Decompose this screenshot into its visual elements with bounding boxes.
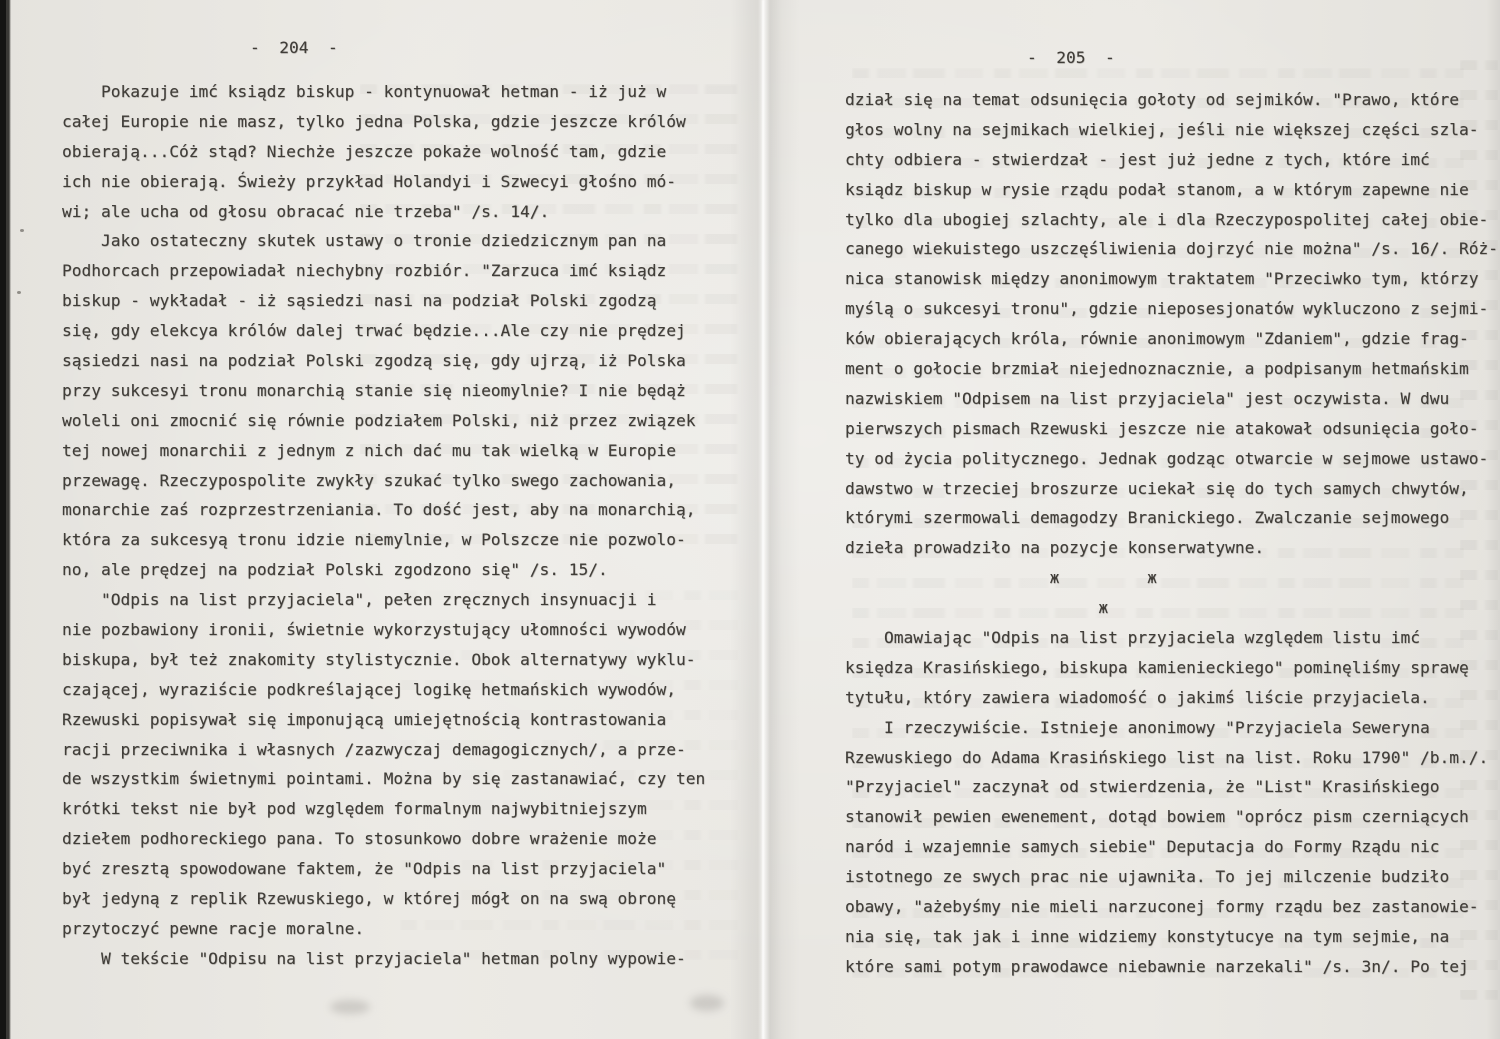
text-line: całej Europie nie masz, tylko jedna Pols…	[62, 107, 705, 137]
scanner-edge-shadow	[0, 0, 11, 1039]
text-line: racji przeciwnika i własnych /zazwyczaj …	[62, 735, 705, 765]
text-line: biskup - wykładał - iż sąsiedzi nasi na …	[62, 286, 705, 316]
text-line: się, gdy elekcya królów dalej trwać będz…	[62, 316, 705, 346]
right-page-text: dział się na temat odsunięcia gołoty od …	[845, 85, 1498, 982]
scan-speck	[17, 291, 21, 294]
page-number-204: - 204 -	[250, 38, 338, 58]
text-line: przewagę. Rzeczypospolite zwykły szukać …	[62, 466, 705, 496]
text-line: obierają...Cóż stąd? Niechże jeszcze pok…	[62, 137, 705, 167]
scan-smudge	[690, 995, 724, 1011]
fold-crease-line	[762, 0, 764, 1039]
text-line: chty odbiera - stwierdzał - jest już jed…	[845, 145, 1498, 175]
text-line: obawy, "ażebyśmy nie mieli narzuconej fo…	[845, 892, 1498, 922]
text-line: przy sukcesyi tronu monarchią stanie się…	[62, 376, 705, 406]
text-line: tylko dla ubogiej szlachty, ale i dla Rz…	[845, 205, 1498, 235]
text-line: biskupa, był też znakomity stylistycznie…	[62, 645, 705, 675]
book-spread: - 204 - Pokazuje imć ksiądz biskup - kon…	[0, 0, 1500, 1039]
text-line: krótki tekst nie był pod względem formal…	[62, 794, 705, 824]
text-line: księdza Krasińskiego, biskupa kamienieck…	[845, 653, 1498, 683]
text-line: tytułu, który zawiera wiadomość o jakimś…	[845, 683, 1498, 713]
right-edge-shadow	[1486, 0, 1500, 1039]
text-line: wi; ale ucha od głosu obracać nie trzeba…	[62, 197, 705, 227]
left-page-text: Pokazuje imć ksiądz biskup - kontynuował…	[62, 77, 705, 974]
text-line: myślą o sukcesyi tronu", gdzie nieposesj…	[845, 294, 1498, 324]
text-line: W tekście "Odpisu na list przyjaciela" h…	[62, 944, 705, 974]
text-line: Rzewuskiego do Adama Krasińskiego list n…	[845, 743, 1498, 773]
text-line: ж ж	[845, 563, 1498, 593]
text-line: Omawiając "Odpis na list przyjaciela wzg…	[845, 623, 1498, 653]
text-line: dzieła prowadziło na pozycje konserwatyw…	[845, 533, 1498, 563]
text-line: pierwszych pismach Rzewuski jeszcze nie …	[845, 414, 1498, 444]
text-line: woleli oni zmocnić się równie podziałem …	[62, 406, 705, 436]
text-line: de wszystkim świetnymi pointami. Można b…	[62, 764, 705, 794]
text-line: Podhorcach przepowiadał niechybny rozbió…	[62, 256, 705, 286]
text-line: Jako ostateczny skutek ustawy o tronie d…	[62, 226, 705, 256]
text-line: nica stanowisk między anonimowym traktat…	[845, 264, 1498, 294]
text-line: stanowił pewien ewenement, dotąd bowiem …	[845, 802, 1498, 832]
text-line: był jedyną z replik Rzewuskiego, w które…	[62, 884, 705, 914]
text-line: być zresztą spowodowane faktem, że "Odpi…	[62, 854, 705, 884]
text-line: dawstwo w trzeciej broszurze uciekał się…	[845, 474, 1498, 504]
text-line: ment o gołocie brzmiał niejednoznacznie,…	[845, 354, 1498, 384]
text-line: ж	[845, 593, 1498, 623]
page-number-205: - 205 -	[1027, 48, 1115, 68]
center-fold-gutter	[730, 0, 800, 1039]
text-line: która za sukcesyą tronu idzie niemylnie,…	[62, 525, 705, 555]
text-line: no, ale prędzej na podział Polski zgodzo…	[62, 555, 705, 585]
text-line: czającej, wyraziście podkreślającej logi…	[62, 675, 705, 705]
scan-speck	[20, 229, 24, 232]
text-line: głos wolny na sejmikach wielkiej, jeśli …	[845, 115, 1498, 145]
text-line: dziełem podhoreckiego pana. To stosunkow…	[62, 824, 705, 854]
text-line: istotnego ze swych prac nie ujawniła. To…	[845, 862, 1498, 892]
text-line: sąsiedzi nasi na podział Polski zgodzą s…	[62, 346, 705, 376]
text-line: ty od życia politycznego. Jednak godząc …	[845, 444, 1498, 474]
text-line: nie pozbawiony ironii, świetnie wykorzys…	[62, 615, 705, 645]
text-line: ksiądz biskup w rysie rządu podał stanom…	[845, 175, 1498, 205]
text-line: canego wiekuistego uszczęśliwienia dojrz…	[845, 234, 1498, 264]
text-line: "Przyjaciel" zaczynał od stwierdzenia, ż…	[845, 772, 1498, 802]
text-line: tej nowej monarchii z jednym z nich dać …	[62, 436, 705, 466]
text-line: "Odpis na list przyjaciela", pełen zręcz…	[62, 585, 705, 615]
text-line: nia się, tak jak i inne widziemy konstyt…	[845, 922, 1498, 952]
text-line: naród i wzajemnie samych siebie" Deputac…	[845, 832, 1498, 862]
text-line: I rzeczywiście. Istnieje anonimowy "Przy…	[845, 713, 1498, 743]
text-line: dział się na temat odsunięcia gołoty od …	[845, 85, 1498, 115]
text-line: Rzewuski popisywał się imponującą umieję…	[62, 705, 705, 735]
text-line: nazwiskiem "Odpisem na list przyjaciela"…	[845, 384, 1498, 414]
text-line: które sami potym prawodawce niebawnie na…	[845, 952, 1498, 982]
text-line: ków obierających króla, równie anonimowy…	[845, 324, 1498, 354]
text-line: monarchie zaś rozprzestrzeniania. To doś…	[62, 495, 705, 525]
text-line: przytoczyć pewne racje moralne.	[62, 914, 705, 944]
scanned-page-spread: { "colors": { "paper": "#e9e7e2", "ink":…	[0, 0, 1500, 1039]
text-line: którymi szermowali demagodzy Branickiego…	[845, 503, 1498, 533]
text-line: Pokazuje imć ksiądz biskup - kontynuował…	[62, 77, 705, 107]
scan-smudge	[330, 1000, 370, 1014]
text-line: ich nie obierają. Świeży przykład Holand…	[62, 167, 705, 197]
